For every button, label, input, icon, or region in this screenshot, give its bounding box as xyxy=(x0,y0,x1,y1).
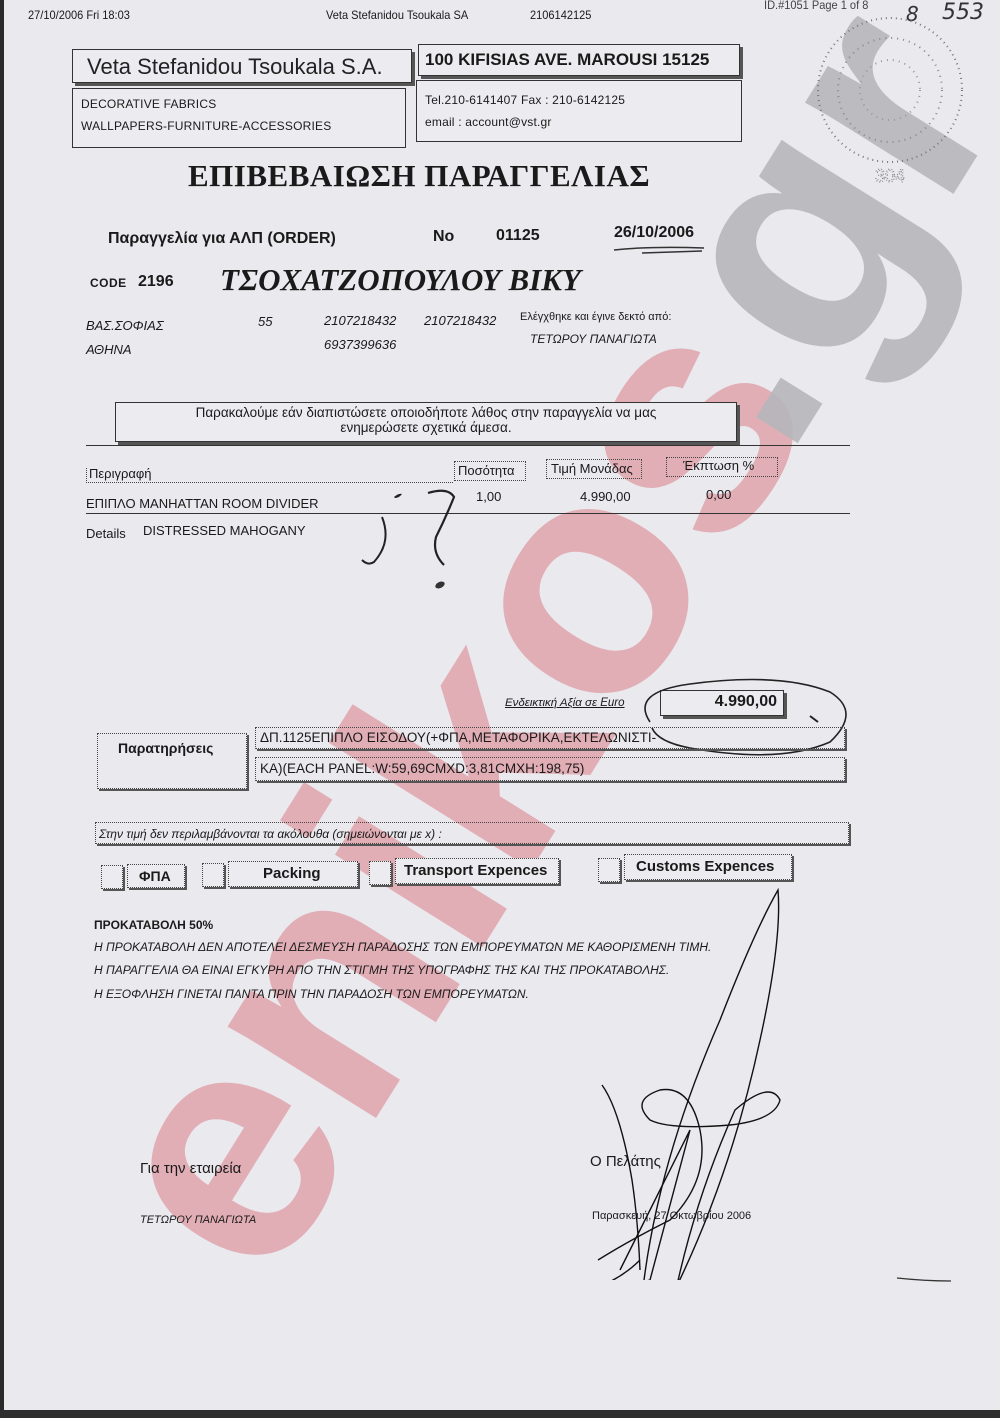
total-label: Ενδεικτική Αξία σε Euro xyxy=(505,697,625,709)
notice-line-1: Παρακαλούμε εάν διαπιστώσετε οποιοδήποτε… xyxy=(116,405,736,420)
customer-street: ΒΑΣ.ΣΟΦΙΑΣ xyxy=(86,318,164,333)
checkbox-transport[interactable] xyxy=(369,861,391,885)
remarks-label: Παρατηρήσεις xyxy=(118,740,213,756)
remarks-line-2-box: ΚΑ)(EACH PANEL:W:59,69CMXD:3,81CMXH:198,… xyxy=(255,757,845,781)
checkbox-customs[interactable] xyxy=(598,858,620,882)
customer-code: 2196 xyxy=(138,273,174,291)
deposit-value: 50% xyxy=(189,918,213,932)
company-contact-box: Tel.210-6141407 Fax : 210-6142125 email … xyxy=(416,80,742,142)
company-description-box: DECORATIVE FABRICS WALLPAPERS-FURNITURE-… xyxy=(72,88,406,148)
row-description: ΕΠΙΠΛΟ MANHATTAN ROOM DIVIDER xyxy=(86,496,319,511)
row-quantity: 1,00 xyxy=(476,489,501,504)
company-address-box: 100 KIFISIAS AVE. MAROUSI 15125 xyxy=(418,44,740,76)
customer-name: ΤΣΟΧΑΤΖΟΠΟΥΛΟΥ ΒΙΚΥ xyxy=(220,262,581,298)
fax-sender: Veta Stefanidou Tsoukala SA xyxy=(326,8,468,22)
customer-mobile: 6937399636 xyxy=(324,337,396,352)
date-underline-scribble xyxy=(612,244,707,256)
customer-phone-2: 2107218432 xyxy=(424,313,496,328)
company-stamp: 304 xyxy=(790,10,990,190)
company-name: Veta Stefanidou Tsoukala S.A. xyxy=(87,54,383,80)
details-label: Details xyxy=(86,526,126,541)
exclusion-item-packing: Packing xyxy=(228,861,358,887)
details-value: DISTRESSED MAHOGANY xyxy=(143,523,306,538)
company-email: email : account@vst.gr xyxy=(425,115,552,129)
order-label: Παραγγελία για ΑΛΠ (ORDER) xyxy=(108,230,336,248)
company-line-2: WALLPAPERS-FURNITURE-ACCESSORIES xyxy=(81,119,331,133)
company-address: 100 KIFISIAS AVE. MAROUSI 15125 xyxy=(425,50,709,70)
row-unit-price: 4.990,00 xyxy=(580,489,631,504)
remarks-line-1-box: ΔΠ.1125ΕΠΙΠΛΟ ΕΙΣΟΔΟΥ(+ΦΠΑ,ΜΕΤΑΦΟΡΙΚΑ,ΕΚ… xyxy=(255,727,845,749)
company-tel-fax: Tel.210-6141407 Fax : 210-6142125 xyxy=(425,93,625,107)
company-line-1: DECORATIVE FABRICS xyxy=(81,97,216,111)
checked-by-label: Ελέγχθηκε και έγινε δεκτό από: xyxy=(520,311,671,323)
remarks-line-1: ΔΠ.1125ΕΠΙΠΛΟ ΕΙΣΟΔΟΥ(+ΦΠΑ,ΜΕΤΑΦΟΡΙΚΑ,ΕΚ… xyxy=(260,730,656,745)
exclusion-item-customs: Customs Expences xyxy=(624,854,792,880)
exclusions-label-box: Στην τιμή δεν περιλαμβάνονται τα ακόλουθ… xyxy=(95,822,849,844)
exclusions-label: Στην τιμή δεν περιλαμβάνονται τα ακόλουθ… xyxy=(99,827,442,841)
checkbox-vat[interactable] xyxy=(101,865,123,889)
deposit-label: ΠΡΟΚΑΤΑΒΟΛΗ 50% xyxy=(94,918,213,932)
stamp-number: 304 xyxy=(875,166,905,186)
company-name-box: Veta Stefanidou Tsoukala S.A. xyxy=(72,49,412,83)
scan-edge-bottom xyxy=(0,1410,1000,1418)
col-header-discount: Έκπτωση % xyxy=(666,457,778,477)
pen-mark xyxy=(895,1275,955,1285)
scan-edge-left xyxy=(0,0,4,1418)
order-number: 01125 xyxy=(496,227,540,245)
client-signature xyxy=(520,880,820,1280)
company-signature-label: Για την εταιρεία xyxy=(140,1160,241,1177)
terms-line-3: Η ΕΞΟΦΛΗΣΗ ΓΙΝΕΤΑΙ ΠΑΝΤΑ ΠΡΙΝ ΤΗΝ ΠΑΡΑΔΟ… xyxy=(94,987,529,1001)
divider xyxy=(86,445,850,446)
remarks-label-box: Παρατηρήσεις xyxy=(97,733,247,789)
customer-code-label: CODE xyxy=(90,276,127,290)
document-title: ΕΠΙΒΕΒΑΙΩΣΗ ΠΑΡΑΓΓΕΛΙΑΣ xyxy=(188,158,650,194)
order-no-label: No xyxy=(433,228,454,246)
company-signer-name: ΤΕΤΩΡΟΥ ΠΑΝΑΓΙΩΤΑ xyxy=(140,1214,256,1226)
handwritten-question-mark xyxy=(360,485,470,590)
col-header-description: Περιγραφή xyxy=(86,468,453,483)
checked-by-name: ΤΕΤΩΡΟΥ ΠΑΝΑΓΙΩΤΑ xyxy=(530,332,657,346)
customer-street-number: 55 xyxy=(258,314,272,329)
row-discount: 0,00 xyxy=(706,487,731,502)
remarks-line-2: ΚΑ)(EACH PANEL:W:59,69CMXD:3,81CMXH:198,… xyxy=(260,761,584,776)
col-header-unit-price: Τιμή Μονάδας xyxy=(546,459,642,479)
fax-sender-phone: 2106142125 xyxy=(530,8,591,22)
customer-phone-1: 2107218432 xyxy=(324,313,396,328)
notice-box: Παρακαλούμε εάν διαπιστώσετε οποιοδήποτε… xyxy=(115,402,737,442)
checkbox-packing[interactable] xyxy=(202,863,224,887)
notice-line-2: ενημερώσετε σχετικά άμεσα. xyxy=(116,420,736,435)
exclusion-item-vat: ΦΠΑ xyxy=(127,864,185,888)
col-header-quantity: Ποσότητα xyxy=(454,461,526,481)
customer-city: ΑΘΗΝΑ xyxy=(86,342,132,357)
order-date: 26/10/2006 xyxy=(614,224,694,242)
fax-timestamp: 27/10/2006 Fri 18:03 xyxy=(28,8,130,22)
